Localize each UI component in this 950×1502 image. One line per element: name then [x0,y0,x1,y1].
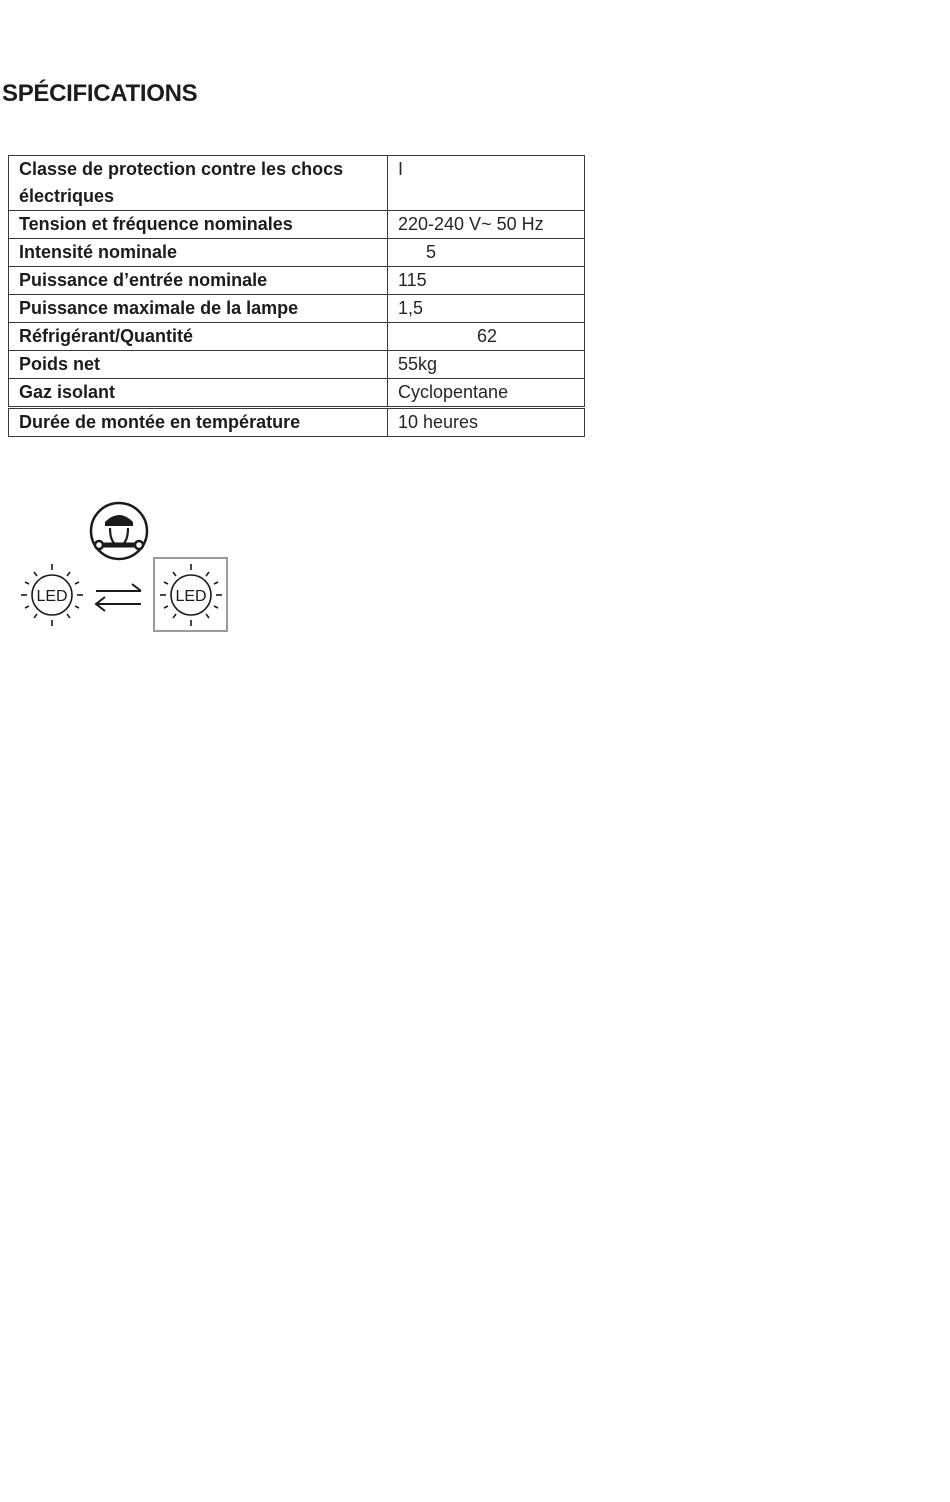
spec-value: 1,5 [388,295,585,323]
table-row: Poids net 55kg [9,351,585,379]
spec-value: 62 [388,323,585,351]
spec-label: Durée de montée en température [9,408,388,437]
spec-value: 55kg [388,351,585,379]
page-title: SPÉCIFICATIONS [2,80,197,108]
spec-label: Intensité nominale [9,239,388,267]
spec-label: Poids net [9,351,388,379]
spec-label: Réfrigérant/Quantité [9,323,388,351]
specifications-table: Classe de protection contre les chocs él… [8,155,585,437]
table-row: Puissance d’entrée nominale 115 [9,267,585,295]
led-left-label: LED [36,588,67,605]
service-technician-icon [91,503,147,559]
spec-label: Puissance maximale de la lampe [9,295,388,323]
table-row: Durée de montée en température 10 heures [9,408,585,437]
table-row: Réfrigérant/Quantité 62 [9,323,585,351]
table-row: Classe de protection contre les chocs él… [9,156,585,211]
table-row: Intensité nominale 5 [9,239,585,267]
spec-value: I [388,156,585,211]
spec-value: 115 [388,267,585,295]
table-row: Gaz isolant Cyclopentane [9,379,585,408]
spec-value: 5 [388,239,585,267]
spec-label: Classe de protection contre les chocs él… [9,156,388,211]
spec-label: Puissance d’entrée nominale [9,267,388,295]
led-replacement-pictogram: LED LED [0,500,240,640]
spec-value: 10 heures [388,408,585,437]
spec-value: Cyclopentane [388,379,585,408]
table-row: Tension et fréquence nominales 220-240 V… [9,211,585,239]
table-row: Puissance maximale de la lampe 1,5 [9,295,585,323]
spec-label: Tension et fréquence nominales [9,211,388,239]
led-right-label: LED [175,588,206,605]
swap-arrows-icon [96,584,141,611]
spec-value: 220-240 V~ 50 Hz [388,211,585,239]
spec-label: Gaz isolant [9,379,388,408]
